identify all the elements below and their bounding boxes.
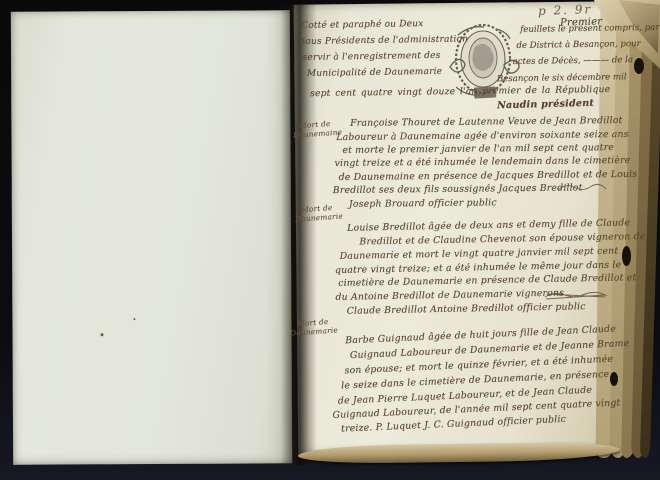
manuscript-line: Cotté et paraphé ou Deux [301, 19, 424, 31]
manuscript-line: Joseph Brouard officier public [349, 197, 497, 210]
ink-flourish [556, 181, 608, 195]
ink-speck [133, 318, 135, 320]
torn-notch [634, 58, 644, 74]
manuscript-line: de District à Besançon, pour [516, 39, 640, 51]
manuscript-line: actes de Décès, ——— de la [513, 55, 634, 67]
manuscript-line: Municipalité de Daunemarie [307, 67, 442, 79]
folio-scribble: p 2. 9r [538, 2, 593, 18]
book-scan: p 2. 9r Premier Cotté et paraphé ou Deux… [0, 0, 660, 480]
scribble-strikethrough [543, 290, 609, 302]
torn-notch [622, 246, 631, 266]
ink-speck [101, 333, 104, 336]
manuscript-line: Besançon le six décembre mil [497, 72, 627, 84]
torn-notch [610, 372, 618, 386]
left-blank-page [11, 10, 292, 464]
